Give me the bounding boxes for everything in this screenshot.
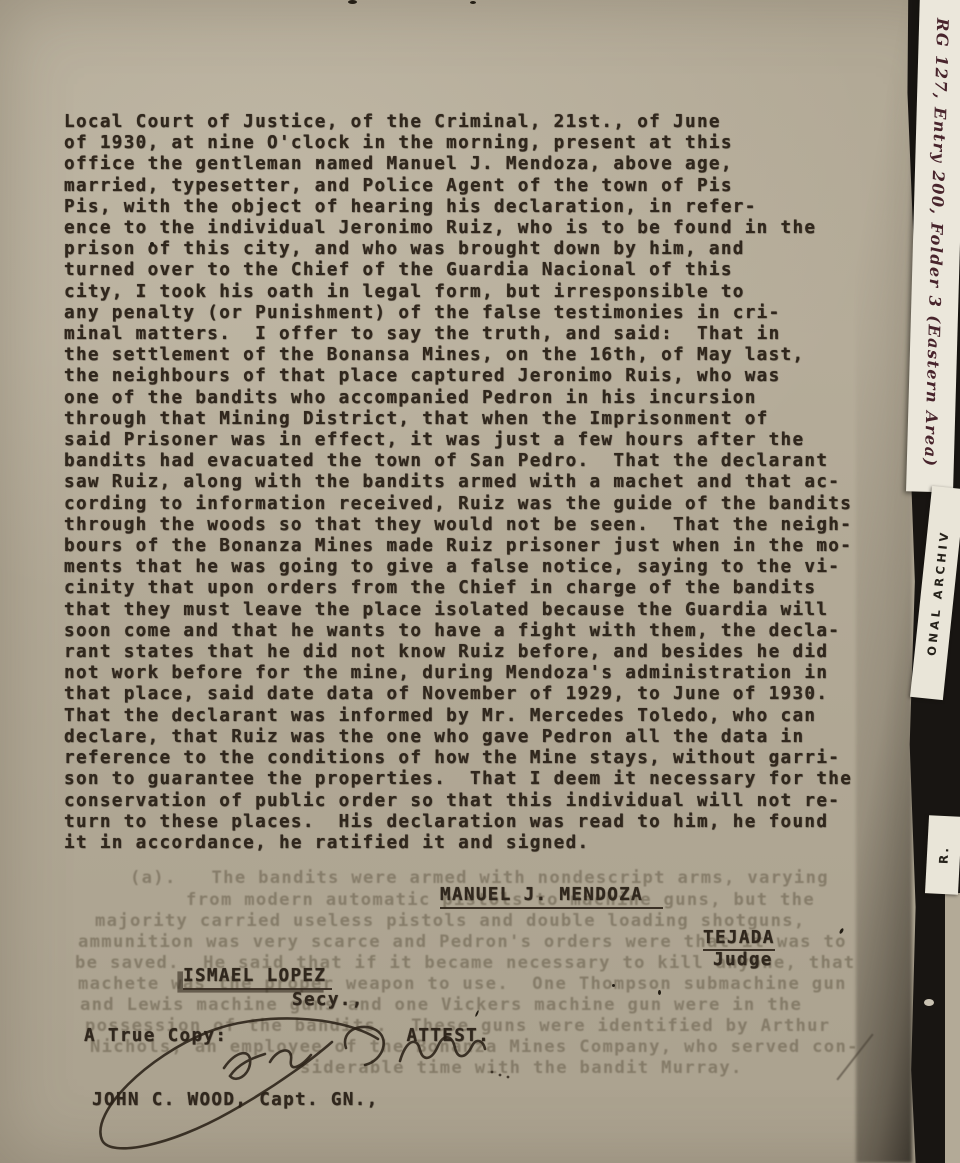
page-edge-shadow — [856, 0, 912, 1163]
declaration-line: saw Ruiz, along with the bandits armed w… — [64, 472, 852, 493]
declaration-body: Local Court of Justice, of the Criminal,… — [64, 112, 852, 854]
ink-speck — [318, 161, 321, 164]
declaration-line: married, typesetter, and Police Agent of… — [64, 176, 852, 197]
declaration-line: turn to these places. His declaration wa… — [64, 812, 852, 833]
declaration-line: one of the bandits who accompanied Pedro… — [64, 388, 852, 409]
declaration-line: said Prisoner was in effect, it was just… — [64, 430, 852, 451]
declaration-line: Local Court of Justice, of the Criminal,… — [64, 112, 852, 133]
declaration-line: of 1930, at nine O'clock in the morning,… — [64, 133, 852, 154]
declaration-line: cinity that upon orders from the Chief i… — [64, 578, 852, 599]
declaration-line: through the woods so that they would not… — [64, 515, 852, 536]
declaration-line: the settlement of the Bonansa Mines, on … — [64, 345, 852, 366]
declaration-line: ence to the individual Jeronimo Ruiz, wh… — [64, 218, 852, 239]
declaration-line: conservation of public order so that thi… — [64, 791, 852, 812]
archival-reference-note: RG 127, Entry 200, Folder 3 (Eastern Are… — [920, 0, 953, 492]
ink-speck — [150, 242, 154, 246]
declaration-line: That the declarant was informed by Mr. M… — [64, 706, 852, 727]
ink-speck — [612, 984, 615, 987]
secretary-signature-name: ISMAEL LOPEZ — [183, 966, 332, 990]
declaration-line: bandits had evacuated the town of San Pe… — [64, 451, 852, 472]
ink-speck — [470, 1, 476, 4]
backing-paper-sliver — [945, 893, 960, 1163]
national-archives-label-text: ONAL ARCHIV — [924, 529, 951, 657]
partial-edge-label: R. — [925, 815, 960, 895]
declaration-line: turned over to the Chief of the Guardia … — [64, 260, 852, 281]
declaration-line: reference to the conditions of how the M… — [64, 748, 852, 769]
declaration-line: soon come and that he wants to have a fi… — [64, 621, 852, 642]
declaration-line: son to guarantee the properties. That I … — [64, 769, 852, 790]
partial-edge-label-text: R. — [936, 846, 951, 865]
declaration-line: office the gentleman named Manuel J. Men… — [64, 154, 852, 175]
declarant-signature-name: MANUEL J. MENDOZA — [440, 885, 663, 909]
declaration-line: any penalty (or Punishment) of the false… — [64, 303, 852, 324]
declaration-line: through that Mining District, that when … — [64, 409, 852, 430]
judge-signature-name: TEJADA — [703, 928, 775, 951]
ink-speck — [348, 0, 357, 4]
declaration-line: that place, said date data of November o… — [64, 684, 852, 705]
declaration-line: minal matters. I offer to say the truth,… — [64, 324, 852, 345]
dust-speck — [924, 999, 934, 1006]
declaration-line: rant states that he did not know Ruiz be… — [64, 642, 852, 663]
bleed-through-line: majority carried useless pistols and dou… — [95, 911, 806, 931]
declaration-line: declare, that Ruiz was the one who gave … — [64, 727, 852, 748]
declaration-line: ments that he was going to give a false … — [64, 557, 852, 578]
declaration-line: Pis, with the object of hearing his decl… — [64, 197, 852, 218]
ink-speck — [658, 990, 661, 995]
declaration-line: it in accordance, he ratified it and sig… — [64, 833, 852, 854]
declaration-line: that they must leave the place isolated … — [64, 600, 852, 621]
judge-title: Judge — [713, 950, 773, 970]
declaration-line: city, I took his oath in legal form, but… — [64, 282, 852, 303]
declaration-line: the neighbours of that place captured Je… — [64, 366, 852, 387]
declaration-line: prison of this city, and who was brought… — [64, 239, 852, 260]
handwritten-signature — [48, 1004, 518, 1163]
declaration-line: cording to information received, Ruiz wa… — [64, 494, 852, 515]
declaration-line: not work before for the mine, during Men… — [64, 663, 852, 684]
declaration-line: bours of the Bonanza Mines made Ruiz pri… — [64, 536, 852, 557]
scanned-court-document: (a). The bandits were armed with nondesc… — [0, 0, 960, 1163]
